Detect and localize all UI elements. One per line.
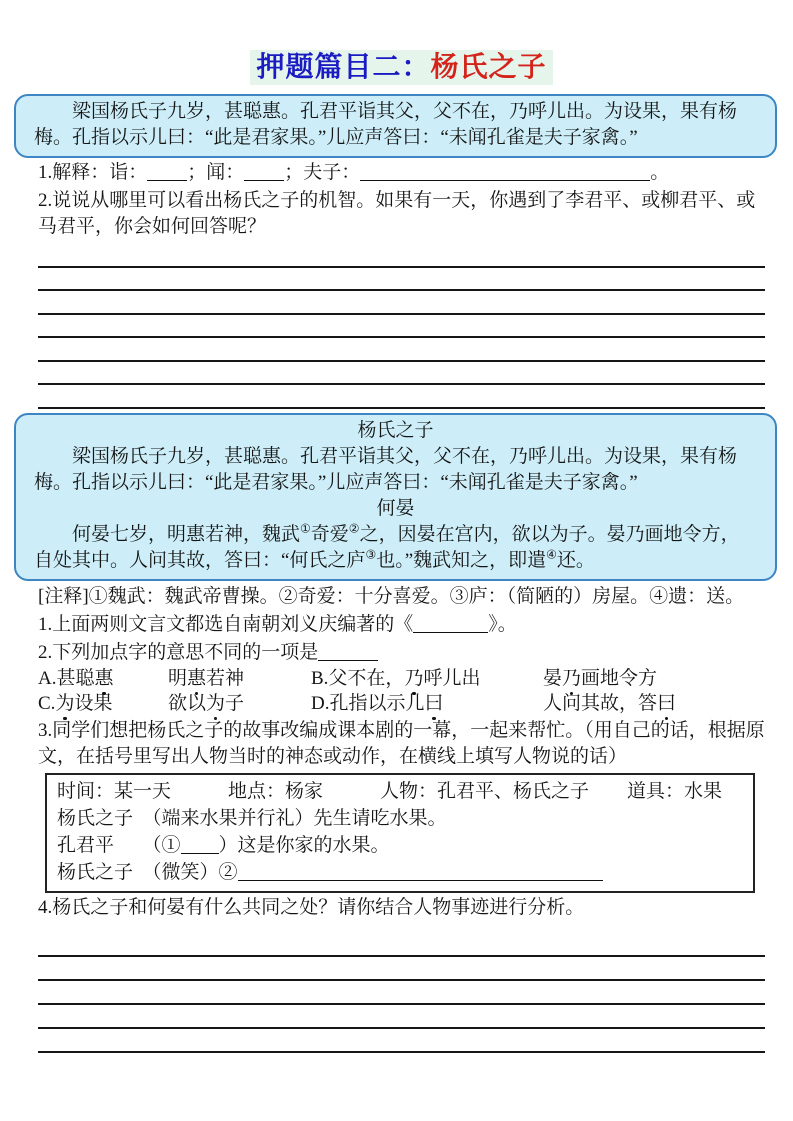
emphasized-char: 曰 <box>424 691 443 716</box>
question-s2-1: 1.上面两则文言文都选自南朝刘义庆编著的《》。 <box>38 612 765 638</box>
text-segment: D.孔指以示儿 <box>311 693 424 714</box>
passage-box-2: 杨氏之子 梁国杨氏子九岁，甚聪惠。孔君平诣其父，父不在，乃呼儿出。为设果，果有杨… <box>14 413 777 581</box>
option-b-phrase2: 晏乃画地令方 <box>543 666 765 691</box>
text-segment: 杨氏之子 （微笑）② <box>57 862 238 883</box>
emphasized-char: 乃 <box>562 666 581 691</box>
answer-lines-section1 <box>38 244 765 409</box>
blank-underline <box>244 166 284 181</box>
blank-underline <box>318 646 378 661</box>
text-segment: 2.下列加点字的意思不同的一项是 <box>38 642 318 663</box>
script-header: 时间：某一天 地点：杨家 人物：孔君平、杨氏之子 道具：水果 <box>57 778 743 805</box>
answer-line <box>38 1005 765 1029</box>
question-2: 2.说说从哪里可以看出杨氏之子的机智。如果有一天，你遇到了李君平、或柳君平、或马… <box>38 188 765 240</box>
passage1-text: 梁国杨氏子九岁，甚聪惠。孔君平诣其父，父不在，乃呼儿出。为设果，果有杨梅。孔指以… <box>34 99 757 151</box>
title-subject: 杨氏之子 <box>431 52 547 83</box>
text-segment: 还。 <box>557 550 595 571</box>
emphasized-char: 为 <box>206 691 225 716</box>
text-segment: 奇爱 <box>311 524 349 545</box>
text-segment: C. <box>38 693 55 714</box>
passage2-text1: 梁国杨氏子九岁，甚聪惠。孔君平诣其父，父不在，乃呼儿出。为设果，果有杨梅。孔指以… <box>34 444 757 496</box>
answer-line <box>38 291 765 315</box>
title-highlight: 押题篇目二：杨氏之子 <box>250 50 552 85</box>
page-title: 押题篇目二：杨氏之子 <box>38 50 765 86</box>
text-segment: 子 <box>225 693 244 714</box>
blank-underline <box>413 618 488 633</box>
answer-line <box>38 933 765 957</box>
footnote-ref: ③ <box>365 547 376 561</box>
text-segment: ；闻： <box>187 162 244 183</box>
text-segment: ）这是你家的水果。 <box>219 835 390 856</box>
footnotes: [注释]①魏武：魏武帝曹操。②奇爱：十分喜爱。③庐：（简陋的）房屋。④遗：送。 <box>38 584 765 610</box>
answer-line <box>38 981 765 1005</box>
footnote-ref: ② <box>349 521 360 535</box>
option-d-phrase1: D.孔指以示儿曰 <box>311 691 543 716</box>
emphasized-char: 惠 <box>187 666 206 691</box>
text-segment: 画地令方 <box>581 668 657 689</box>
script-line-kong: 孔君平 （①）这是你家的水果。 <box>57 832 743 859</box>
text-segment: 1.解释：诣： <box>38 162 147 183</box>
text-segment: 呼儿出 <box>423 668 480 689</box>
passage-box-1: 梁国杨氏子九岁，甚聪惠。孔君平诣其父，父不在，乃呼儿出。为设果，果有杨梅。孔指以… <box>14 94 777 158</box>
text-segment: B.父不在， <box>311 668 404 689</box>
text-segment: 晏 <box>543 668 562 689</box>
footnote-ref: ④ <box>546 547 557 561</box>
answer-line <box>38 338 765 362</box>
text-segment: 1.上面两则文言文都选自南朝刘义庆编著的《 <box>38 614 413 635</box>
text-segment: 也。”魏武知之，即遣 <box>376 550 546 571</box>
answer-line <box>38 362 765 386</box>
answer-lines-section2 <box>38 933 765 1053</box>
answer-line <box>38 1029 765 1053</box>
blank-underline <box>181 839 219 854</box>
text-segment: 。 <box>650 162 669 183</box>
passage2-title1: 杨氏之子 <box>34 418 757 444</box>
script-line-yang1: 杨氏之子 （端来水果并行礼）先生请吃水果。 <box>57 805 743 832</box>
answer-line <box>38 244 765 268</box>
text-segment: 设果 <box>74 693 112 714</box>
text-segment: 若神 <box>206 668 244 689</box>
question-s2-3: 3.同学们想把杨氏之子的故事改编成课本剧的一幕，一起来帮忙。（用自己的话，根据原… <box>38 718 765 770</box>
choice-options: A.甚聪惠 明惠若神 B.父不在，乃呼儿出 晏乃画地令方 C.为设果 欲以为子 … <box>38 666 765 716</box>
worksheet-page: 押题篇目二：杨氏之子 梁国杨氏子九岁，甚聪惠。孔君平诣其父，父不在，乃呼儿出。为… <box>38 50 765 1053</box>
option-a-phrase1: A.甚聪惠 <box>38 666 168 691</box>
question-1: 1.解释：诣：；闻：；夫子：。 <box>38 160 765 186</box>
blank-underline <box>360 166 650 181</box>
text-segment: 明 <box>168 668 187 689</box>
answer-line <box>38 315 765 339</box>
option-a-phrase2: 明惠若神 <box>168 666 311 691</box>
blank-underline <box>147 166 187 181</box>
option-d-phrase2: 人问其故，答曰 <box>543 691 765 716</box>
script-line-yang2: 杨氏之子 （微笑）② <box>57 859 743 886</box>
answer-line <box>38 385 765 409</box>
emphasized-char: 惠 <box>94 666 113 691</box>
emphasized-char: 为 <box>55 691 74 716</box>
passage2-title2: 何晏 <box>34 496 757 522</box>
question-s2-4: 4.杨氏之子和何晏有什么共同之处？请你结合人物事迹进行分析。 <box>38 895 765 921</box>
passage2-text2: 何晏七岁，明惠若神，魏武①奇爱②之，因晏在宫内，欲以为子。晏乃画地令方，自处其中… <box>34 522 757 574</box>
blank-underline <box>238 866 603 881</box>
text-segment: A.甚聪 <box>38 668 94 689</box>
option-c-phrase2: 欲以为子 <box>168 691 311 716</box>
text-segment: 人问其故，答 <box>543 693 657 714</box>
emphasized-char: 曰 <box>657 691 676 716</box>
title-prefix: 押题篇目二： <box>256 52 430 83</box>
text-segment: 》。 <box>488 614 517 635</box>
question-s2-2: 2.下列加点字的意思不同的一项是 <box>38 640 765 666</box>
emphasized-char: 乃 <box>404 666 423 691</box>
footnote-ref: ① <box>300 521 311 535</box>
script-box: 时间：某一天 地点：杨家 人物：孔君平、杨氏之子 道具：水果 杨氏之子 （端来水… <box>45 773 755 893</box>
answer-line <box>38 268 765 292</box>
text-segment: 孔君平 （① <box>57 835 181 856</box>
text-segment: 欲以 <box>168 693 206 714</box>
text-segment: ；夫子： <box>284 162 360 183</box>
option-b-phrase1: B.父不在，乃呼儿出 <box>311 666 543 691</box>
answer-line <box>38 957 765 981</box>
text-segment: 何晏七岁，明惠若神，魏武 <box>72 524 300 545</box>
